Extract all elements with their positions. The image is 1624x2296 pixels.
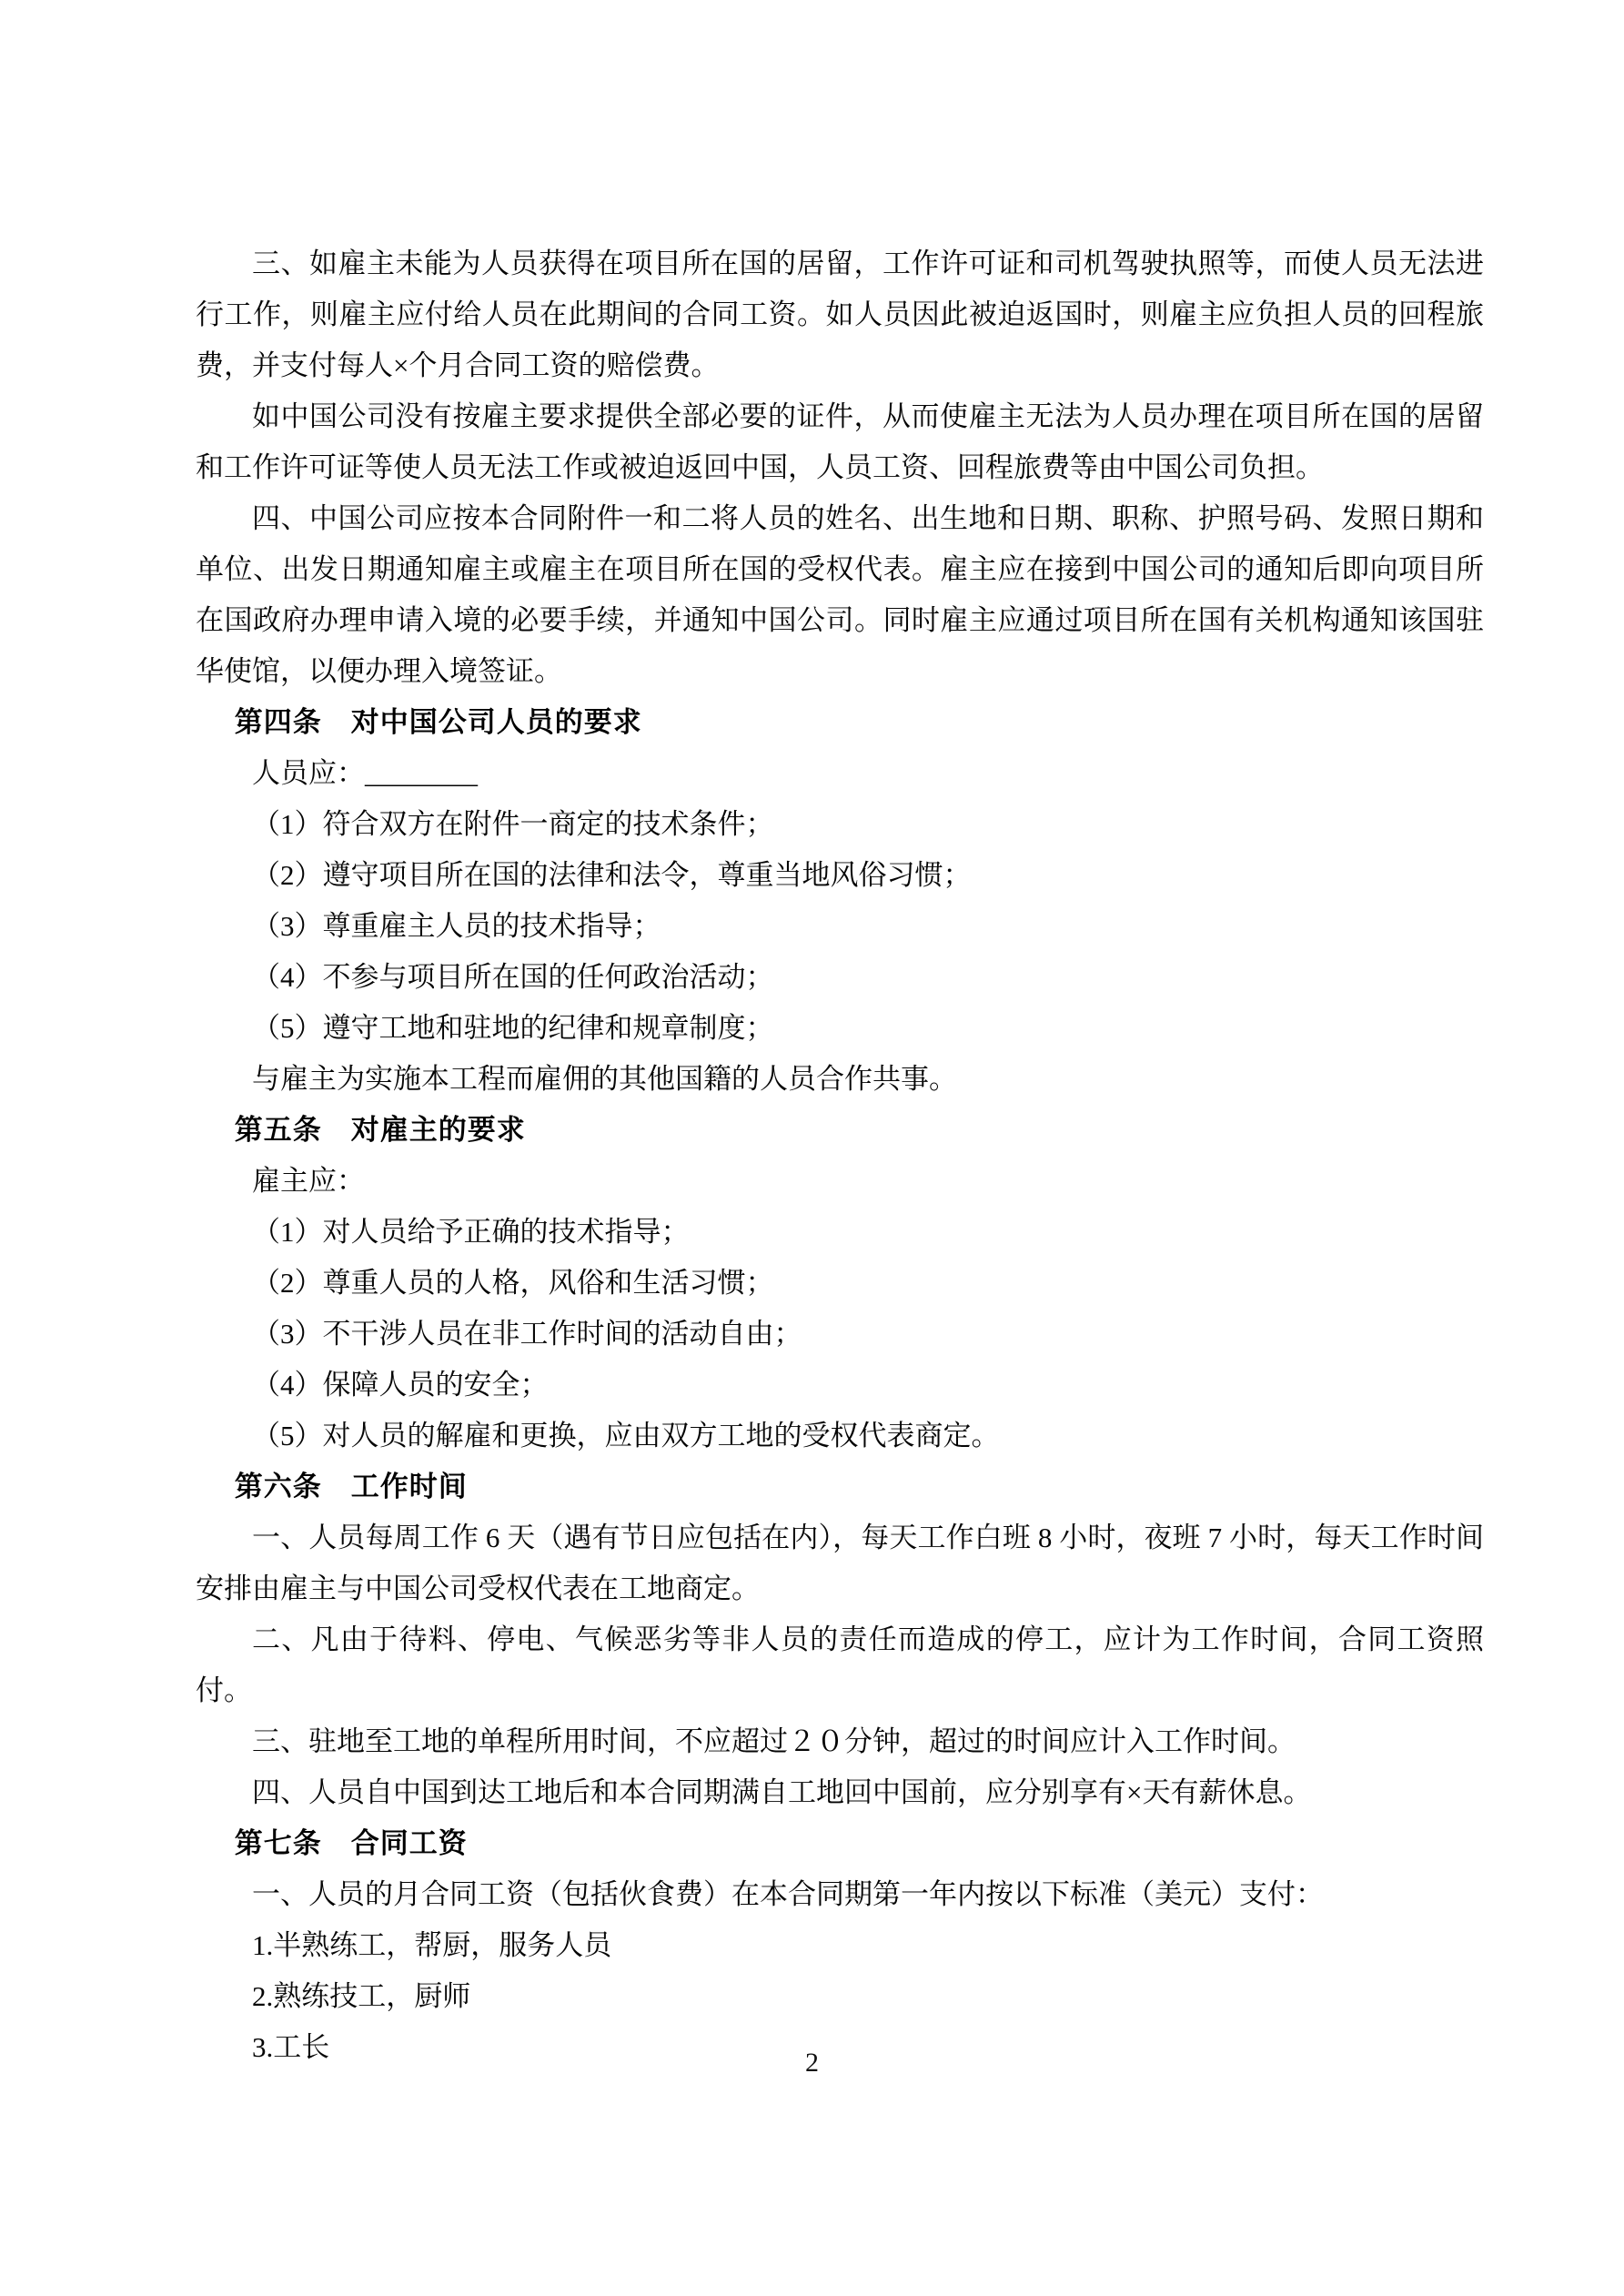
paragraph: 四、中国公司应按本合同附件一和二将人员的姓名、出生地和日期、职称、护照号码、发照… [196, 493, 1484, 697]
paragraph: （1）符合双方在附件一商定的技术条件； [196, 799, 1484, 850]
paragraph: （5）遵守工地和驻地的纪律和规章制度； [196, 1003, 1484, 1054]
paragraph: 与雇主为实施本工程而雇佣的其他国籍的人员合作共事。 [196, 1054, 1484, 1105]
paragraph: （3）尊重雇主人员的技术指导； [196, 901, 1484, 952]
paragraph: 人员应：________ [196, 748, 1484, 799]
section-heading: 第四条 对中国公司人员的要求 [196, 697, 1484, 748]
paragraph: 一、人员每周工作 6 天（遇有节日应包括在内），每天工作白班 8 小时，夜班 7… [196, 1512, 1484, 1614]
contract-body: 三、如雇主未能为人员获得在项目所在国的居留，工作许可证和司机驾驶执照等，而使人员… [196, 238, 1484, 2073]
section-heading: 第七条 合同工资 [196, 1818, 1484, 1869]
paragraph: （4）不参与项目所在国的任何政治活动； [196, 952, 1484, 1003]
paragraph: 四、人员自中国到达工地后和本合同期满自工地回中国前，应分别享有×天有薪休息。 [196, 1767, 1484, 1818]
paragraph: 2.熟练技工，厨师 [196, 1971, 1484, 2022]
paragraph: 1.半熟练工，帮厨，服务人员 [196, 1920, 1484, 1971]
paragraph: （4）保障人员的安全； [196, 1360, 1484, 1411]
paragraph: 雇主应： [196, 1156, 1484, 1207]
paragraph: 一、人员的月合同工资（包括伙食费）在本合同期第一年内按以下标准（美元）支付： [196, 1869, 1484, 1920]
paragraph: 如中国公司没有按雇主要求提供全部必要的证件，从而使雇主无法为人员办理在项目所在国… [196, 391, 1484, 493]
paragraph: 三、如雇主未能为人员获得在项目所在国的居留，工作许可证和司机驾驶执照等，而使人员… [196, 238, 1484, 391]
section-heading: 第五条 对雇主的要求 [196, 1105, 1484, 1156]
section-heading: 第六条 工作时间 [196, 1462, 1484, 1512]
contract-page: 三、如雇主未能为人员获得在项目所在国的居留，工作许可证和司机驾驶执照等，而使人员… [0, 0, 1624, 2296]
paragraph: （1）对人员给予正确的技术指导； [196, 1207, 1484, 1258]
page-number: 2 [805, 2048, 819, 2078]
paragraph: （5）对人员的解雇和更换，应由双方工地的受权代表商定。 [196, 1411, 1484, 1462]
paragraph: （2）遵守项目所在国的法律和法令，尊重当地风俗习惯； [196, 850, 1484, 901]
paragraph: （3）不干涉人员在非工作时间的活动自由； [196, 1309, 1484, 1360]
paragraph: （2）尊重人员的人格，风俗和生活习惯； [196, 1258, 1484, 1309]
paragraph: 二、凡由于待料、停电、气候恶劣等非人员的责任而造成的停工，应计为工作时间，合同工… [196, 1614, 1484, 1716]
page-footer: 2 [0, 2046, 1624, 2080]
paragraph: 三、驻地至工地的单程所用时间，不应超过２０分钟，超过的时间应计入工作时间。 [196, 1716, 1484, 1767]
